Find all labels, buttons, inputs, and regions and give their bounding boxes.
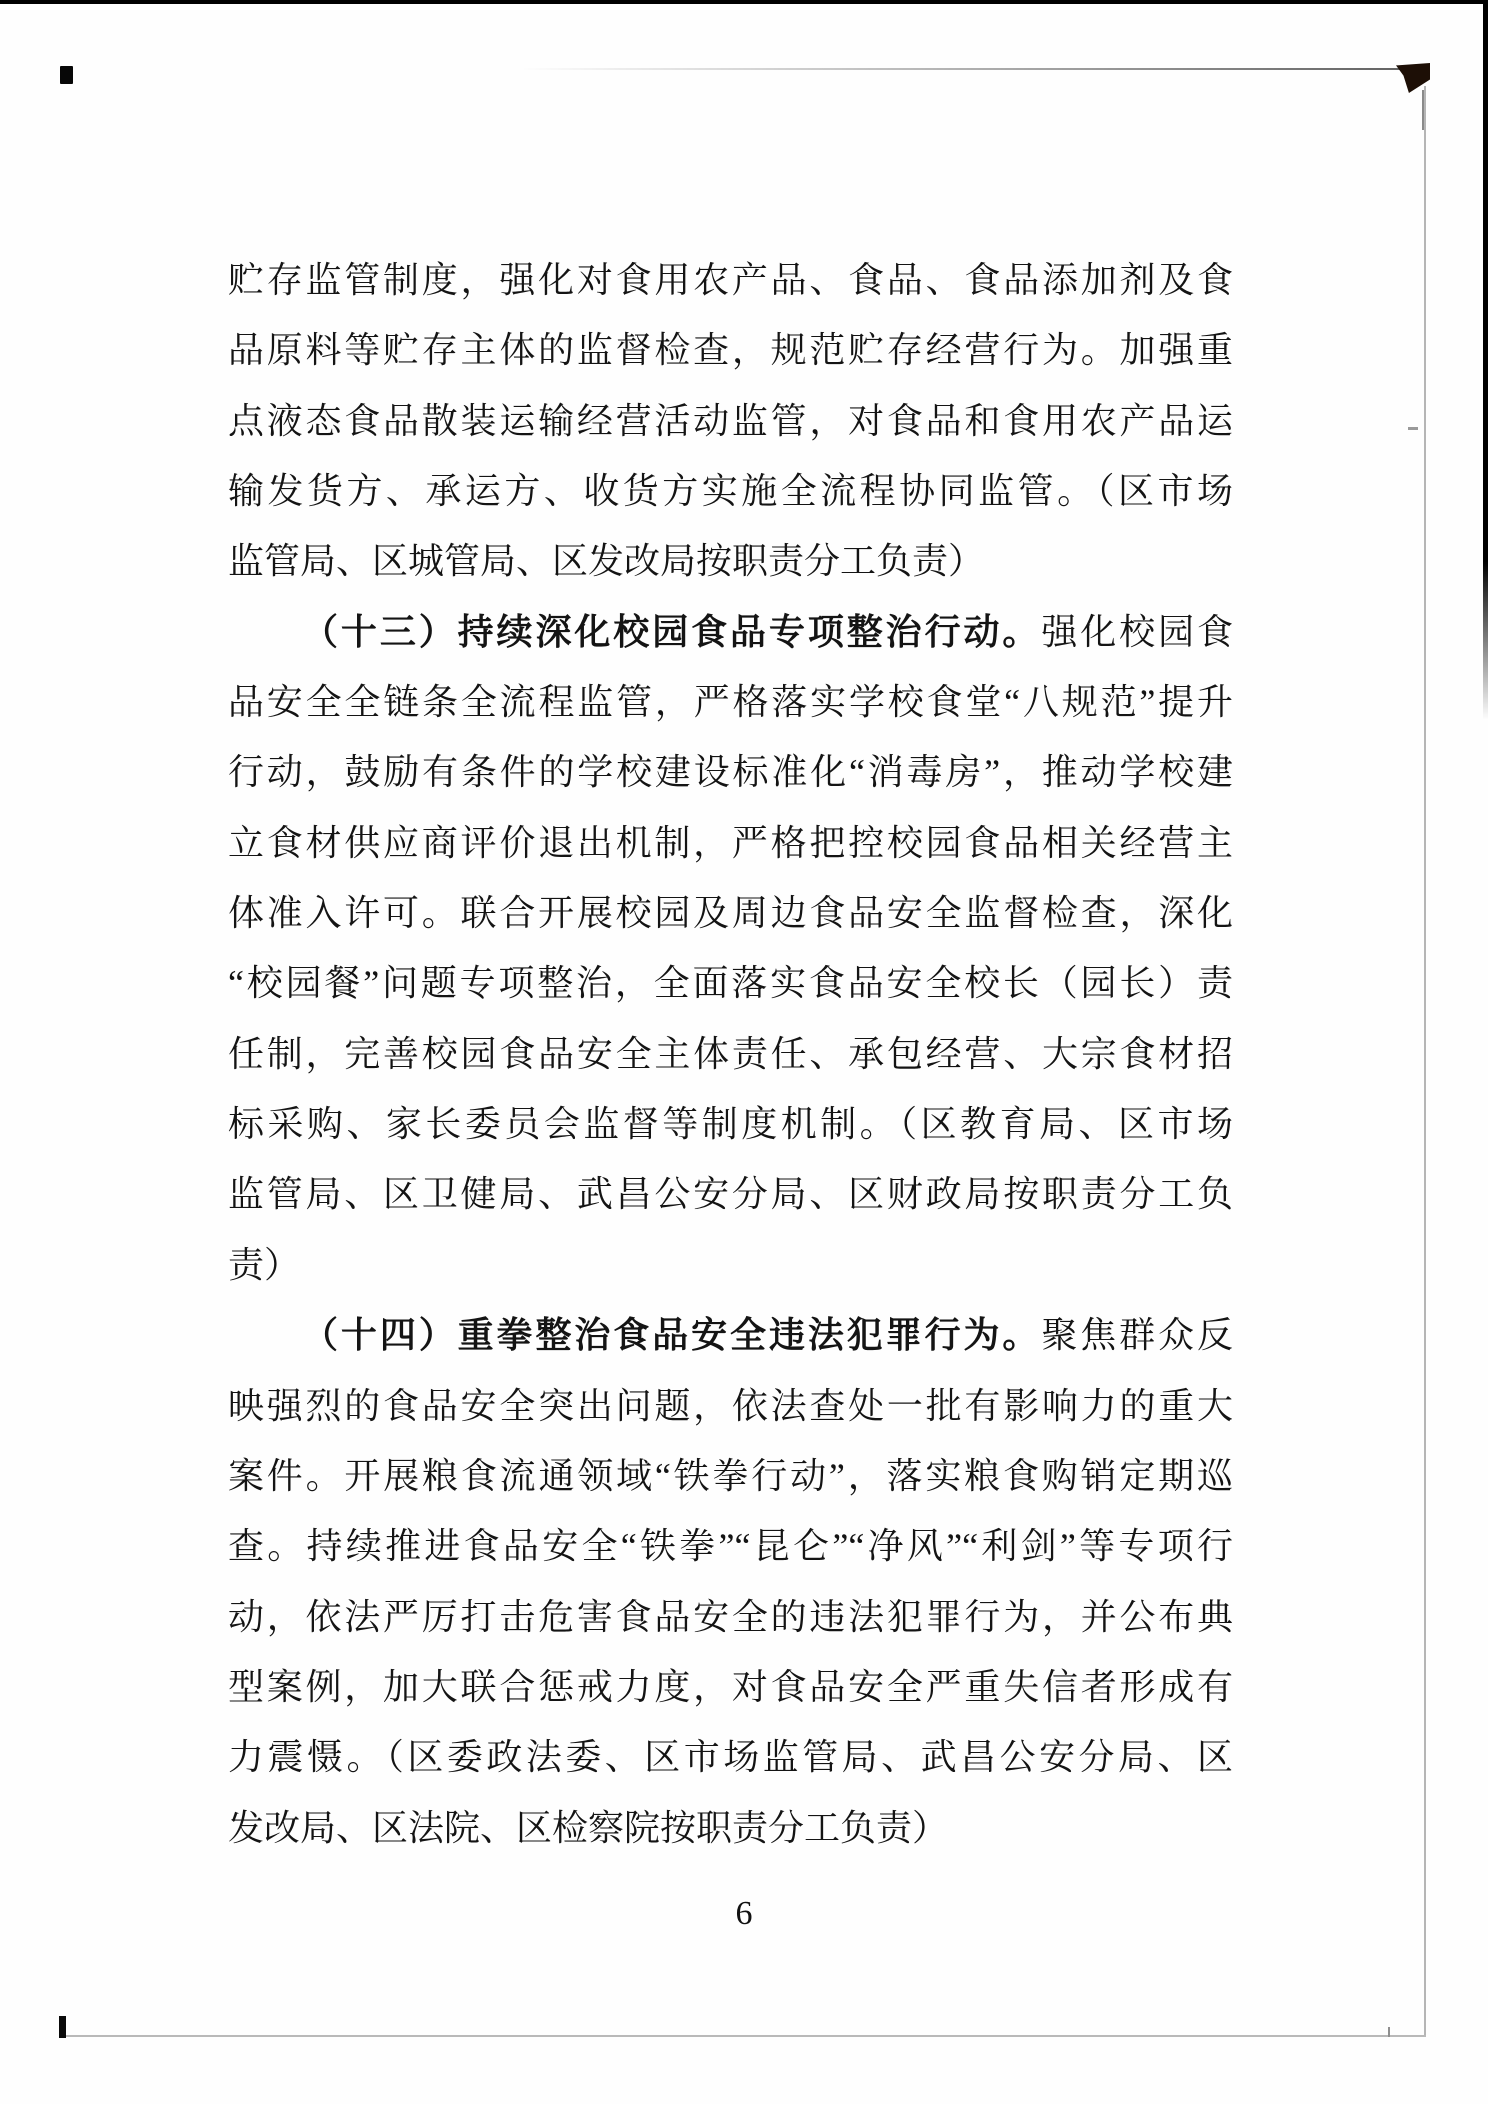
- text-line: （十四）重拳整治食品安全违法犯罪行为。聚焦群众反: [228, 1300, 1233, 1370]
- text-line: 点液态食品散装运输经营活动监管，对食品和食用农产品运: [228, 386, 1233, 456]
- body-text: 动，依法严厉打击危害食品安全的违法犯罪行为，并公布典: [228, 1597, 1233, 1637]
- page-number: 6: [0, 1892, 1488, 1936]
- text-line: 立食材供应商评价退出机制，严格把控校园食品相关经营主: [228, 808, 1233, 878]
- body-text: 强化校园食: [1041, 612, 1233, 652]
- body-text: 任制，完善校园食品安全主体责任、承包经营、大宗食材招: [228, 1034, 1233, 1074]
- heading-text: （十三）持续深化校园食品专项整治行动。: [302, 612, 1041, 652]
- text-line: 力震慑。（区委政法委、区市场监管局、武昌公安分局、区: [228, 1722, 1233, 1792]
- scan-page-border-right: [1424, 86, 1426, 2036]
- body-text: 输发货方、承运方、收货方实施全流程协同监管。（区市场: [228, 471, 1233, 511]
- scanned-document-page: 贮存监管制度，强化对食用农产品、食品、食品添加剂及食品原料等贮存主体的监督检查，…: [0, 0, 1488, 2104]
- text-line: 贮存监管制度，强化对食用农产品、食品、食品添加剂及食: [228, 245, 1233, 315]
- body-text: 责）: [228, 1245, 300, 1285]
- scan-corner-mark-bottom-left: [59, 2016, 66, 2038]
- body-text: 聚焦群众反: [1041, 1315, 1233, 1355]
- text-line: （十三）持续深化校园食品专项整治行动。强化校园食: [228, 597, 1233, 667]
- body-text: 体准入许可。联合开展校园及周边食品安全监督检查，深化: [228, 893, 1233, 933]
- body-text: 品原料等贮存主体的监督检查，规范贮存经营行为。加强重: [228, 330, 1233, 370]
- body-text: 立食材供应商评价退出机制，严格把控校园食品相关经营主: [228, 823, 1233, 863]
- body-text: 映强烈的食品安全突出问题，依法查处一批有影响力的重大: [228, 1386, 1233, 1426]
- body-text: 品安全全链条全流程监管，严格落实学校食堂“八规范”提升: [228, 682, 1233, 722]
- text-line: “校园餐”问题专项整治，全面落实食品安全校长（园长）责: [228, 948, 1233, 1018]
- body-text: 监管局、区城管局、区发改局按职责分工负责）: [228, 541, 984, 581]
- body-text: 查。持续推进食品安全“铁拳”“昆仑”“净风”“利剑”等专项行: [228, 1526, 1233, 1566]
- text-line: 品原料等贮存主体的监督检查，规范贮存经营行为。加强重: [228, 315, 1233, 385]
- body-text: 发改局、区法院、区检察院按职责分工负责）: [228, 1808, 948, 1848]
- scan-right-edge-bar: [1483, 0, 1488, 720]
- text-line: 监管局、区卫健局、武昌公安分局、区财政局按职责分工负: [228, 1159, 1233, 1229]
- text-line: 责）: [228, 1230, 1233, 1300]
- text-line: 映强烈的食品安全突出问题，依法查处一批有影响力的重大: [228, 1371, 1233, 1441]
- text-line: 动，依法严厉打击危害食品安全的违法犯罪行为，并公布典: [228, 1582, 1233, 1652]
- text-line: 任制，完善校园食品安全主体责任、承包经营、大宗食材招: [228, 1019, 1233, 1089]
- text-line: 查。持续推进食品安全“铁拳”“昆仑”“净风”“利剑”等专项行: [228, 1511, 1233, 1581]
- scan-top-edge-bar: [0, 0, 1488, 4]
- body-text: 标采购、家长委员会监督等制度机制。（区教育局、区市场: [228, 1104, 1233, 1144]
- body-text: 贮存监管制度，强化对食用农产品、食品、食品添加剂及食: [228, 260, 1233, 300]
- text-line: 案件。开展粮食流通领域“铁拳行动”，落实粮食购销定期巡: [228, 1441, 1233, 1511]
- heading-text: （十四）重拳整治食品安全违法犯罪行为。: [302, 1315, 1041, 1355]
- scan-page-border-top: [520, 68, 1410, 70]
- text-line: 体准入许可。联合开展校园及周边食品安全监督检查，深化: [228, 878, 1233, 948]
- text-line: 行动，鼓励有条件的学校建设标准化“消毒房”，推动学校建: [228, 737, 1233, 807]
- body-text: 型案例，加大联合惩戒力度，对食品安全严重失信者形成有: [228, 1667, 1233, 1707]
- body-text: 监管局、区卫健局、武昌公安分局、区财政局按职责分工负: [228, 1174, 1233, 1214]
- scan-bottom-tick: [1388, 2027, 1390, 2037]
- text-line: 品安全全链条全流程监管，严格落实学校食堂“八规范”提升: [228, 667, 1233, 737]
- body-text: “校园餐”问题专项整治，全面落实食品安全校长（园长）责: [228, 963, 1233, 1003]
- scan-page-border-bottom: [64, 2035, 1426, 2037]
- body-text: 点液态食品散装运输经营活动监管，对食品和食用农产品运: [228, 401, 1233, 441]
- text-line: 型案例，加大联合惩戒力度，对食品安全严重失信者形成有: [228, 1652, 1233, 1722]
- scan-corner-mark-top-left: [60, 66, 73, 84]
- scan-speck: [1408, 427, 1418, 430]
- body-text: 案件。开展粮食流通领域“铁拳行动”，落实粮食购销定期巡: [228, 1456, 1233, 1496]
- text-line: 发改局、区法院、区检察院按职责分工负责）: [228, 1793, 1233, 1863]
- body-text: 行动，鼓励有条件的学校建设标准化“消毒房”，推动学校建: [228, 752, 1233, 792]
- text-line: 标采购、家长委员会监督等制度机制。（区教育局、区市场: [228, 1089, 1233, 1159]
- text-line: 监管局、区城管局、区发改局按职责分工负责）: [228, 526, 1233, 596]
- text-line: 输发货方、承运方、收货方实施全流程协同监管。（区市场: [228, 456, 1233, 526]
- text-block: 贮存监管制度，强化对食用农产品、食品、食品添加剂及食品原料等贮存主体的监督检查，…: [228, 245, 1233, 1863]
- body-text: 力震慑。（区委政法委、区市场监管局、武昌公安分局、区: [228, 1737, 1233, 1777]
